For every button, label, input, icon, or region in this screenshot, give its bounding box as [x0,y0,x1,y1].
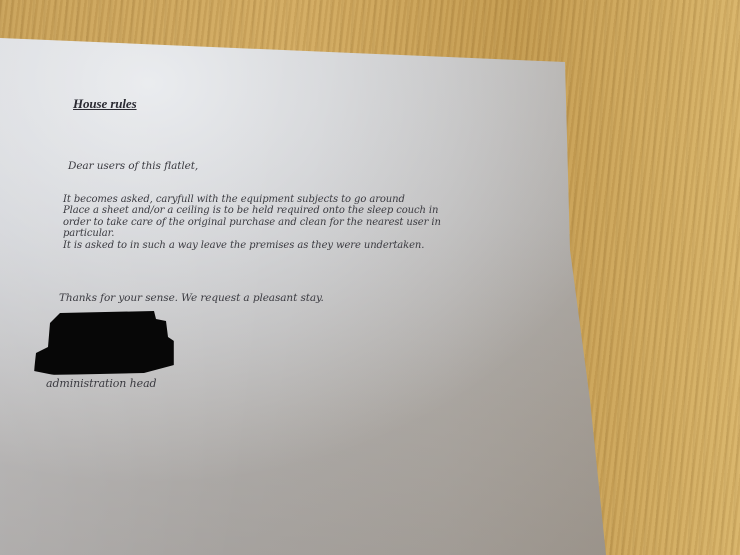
body-line: particular. [63,228,441,239]
body-line: It becomes asked, caryfull with the equi… [63,194,441,205]
greeting: Dear users of this flatlet, [68,160,198,172]
signature-title: administration head [46,377,156,390]
closing-line: Thanks for your sense. We request a plea… [59,292,324,304]
body-line: order to take care of the original purch… [63,217,441,228]
redacted-signature [34,309,174,375]
body-line: Place a sheet and/or a ceiling is to be … [63,205,441,216]
body-line: It is asked to in such a way leave the p… [63,240,441,251]
document-title: House rules [73,96,137,112]
paper-shading [0,0,740,555]
rules-body: It becomes asked, caryfull with the equi… [63,194,441,251]
